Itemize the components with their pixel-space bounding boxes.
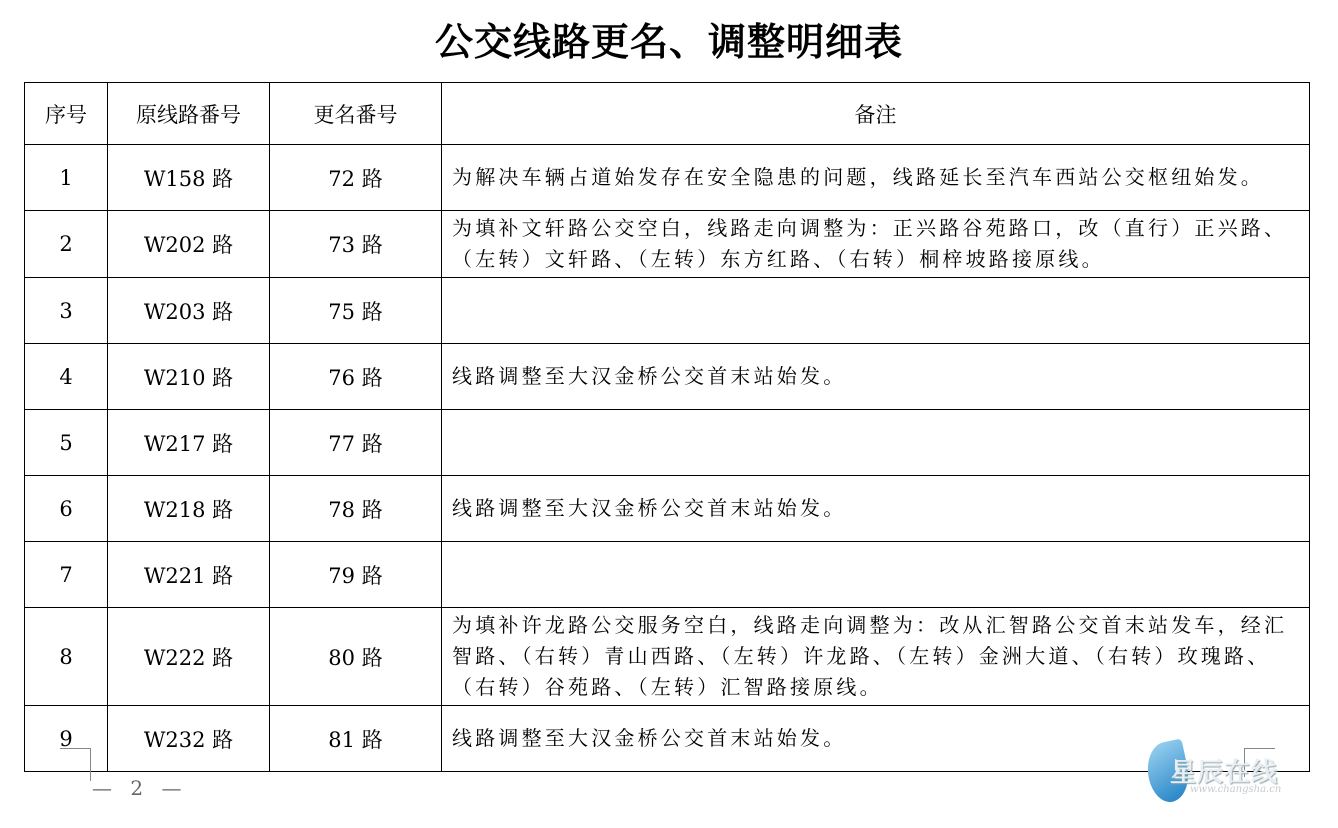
cell-note: 线路调整至大汉金桥公交首末站始发。 [442,344,1310,410]
cell-new-route: 76 路 [270,344,442,410]
header-old-route: 原线路番号 [108,83,270,145]
cell-note [442,278,1310,344]
cell-new-route: 72 路 [270,145,442,211]
cell-note [442,410,1310,476]
cell-old-route: W202 路 [108,211,270,278]
table-row: 8 W222 路 80 路 为填补许龙路公交服务空白，线路走向调整为：改从汇智路… [25,608,1310,706]
cell-new-route: 79 路 [270,542,442,608]
table-row: 9 W232 路 81 路 线路调整至大汉金桥公交首末站始发。 [25,706,1310,772]
cell-no: 5 [25,410,108,476]
cell-note: 线路调整至大汉金桥公交首末站始发。 [442,476,1310,542]
header-note: 备注 [442,83,1310,145]
cell-no: 8 [25,608,108,706]
table-row: 4 W210 路 76 路 线路调整至大汉金桥公交首末站始发。 [25,344,1310,410]
header-no: 序号 [25,83,108,145]
cell-old-route: W218 路 [108,476,270,542]
cell-new-route: 73 路 [270,211,442,278]
table-row: 7 W221 路 79 路 [25,542,1310,608]
table-row: 6 W218 路 78 路 线路调整至大汉金桥公交首末站始发。 [25,476,1310,542]
cell-note: 为填补许龙路公交服务空白，线路走向调整为：改从汇智路公交首末站发车，经汇智路、（… [442,608,1310,706]
route-change-table: 序号 原线路番号 更名番号 备注 1 W158 路 72 路 为解决车辆占道始发… [24,82,1310,772]
header-new-route: 更名番号 [270,83,442,145]
table-row: 3 W203 路 75 路 [25,278,1310,344]
table-header-row: 序号 原线路番号 更名番号 备注 [25,83,1310,145]
cell-new-route: 80 路 [270,608,442,706]
cell-old-route: W232 路 [108,706,270,772]
table-row: 2 W202 路 73 路 为填补文轩路公交空白，线路走向调整为：正兴路谷苑路口… [25,211,1310,278]
table-row: 1 W158 路 72 路 为解决车辆占道始发存在安全隐患的问题，线路延长至汽车… [25,145,1310,211]
cell-no: 3 [25,278,108,344]
cell-note: 为解决车辆占道始发存在安全隐患的问题，线路延长至汽车西站公交枢纽始发。 [442,145,1310,211]
cell-new-route: 78 路 [270,476,442,542]
cell-no: 6 [25,476,108,542]
cell-no: 2 [25,211,108,278]
cell-new-route: 81 路 [270,706,442,772]
cell-old-route: W222 路 [108,608,270,706]
table-row: 5 W217 路 77 路 [25,410,1310,476]
cell-old-route: W217 路 [108,410,270,476]
cell-old-route: W221 路 [108,542,270,608]
cell-old-route: W203 路 [108,278,270,344]
cell-new-route: 75 路 [270,278,442,344]
cell-no: 7 [25,542,108,608]
cell-old-route: W210 路 [108,344,270,410]
cell-note: 为填补文轩路公交空白，线路走向调整为：正兴路谷苑路口，改（直行）正兴路、（左转）… [442,211,1310,278]
cell-note [442,542,1310,608]
page-corner-mark-left [60,748,91,781]
cell-no: 1 [25,145,108,211]
watermark-logo: 星辰在线 www.changsha.cn [1148,740,1318,804]
cell-old-route: W158 路 [108,145,270,211]
watermark-url: www.changsha.cn [1190,784,1281,795]
cell-new-route: 77 路 [270,410,442,476]
document-title: 公交线路更名、调整明细表 [0,14,1338,70]
page-number: — 2 — [92,776,187,800]
cell-no: 4 [25,344,108,410]
